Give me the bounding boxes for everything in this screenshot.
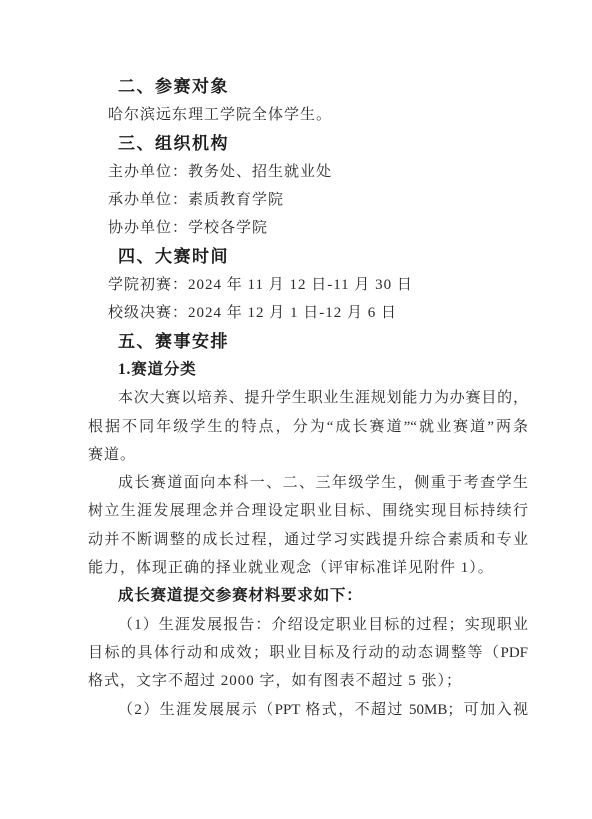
document-text-block: 二、参赛对象哈尔滨远东理工学院全体学生。三、组织机构主办单位：教务处、招生就业处… bbox=[88, 73, 528, 724]
doc-line: 动并不断调整的成长过程，通过学习实践提升综合素质和专业 bbox=[88, 526, 528, 554]
doc-line: 赛道。 bbox=[88, 441, 528, 469]
doc-line: 能力，体现正确的择业就业观念（评审标准详见附件 1）。 bbox=[88, 554, 528, 582]
document-page: 二、参赛对象哈尔滨远东理工学院全体学生。三、组织机构主办单位：教务处、招生就业处… bbox=[0, 0, 592, 819]
doc-line: 协办单位：学校各学院 bbox=[88, 214, 528, 242]
doc-line: 校级决赛：2024 年 12 月 1 日-12 月 6 日 bbox=[88, 299, 528, 327]
doc-line: 哈尔滨远东理工学院全体学生。 bbox=[88, 101, 528, 129]
section-heading: 五、赛事安排 bbox=[88, 328, 528, 356]
doc-line: 根据不同年级学生的特点，分为“成长赛道”“就业赛道”两条 bbox=[88, 413, 528, 441]
sub-heading: 1.赛道分类 bbox=[88, 356, 528, 384]
doc-line: 成长赛道面向本科一、二、三年级学生，侧重于考查学生 bbox=[88, 469, 528, 497]
doc-line: 本次大赛以培养、提升学生职业生涯规划能力为办赛目的， bbox=[88, 384, 528, 412]
doc-line: 主办单位：教务处、招生就业处 bbox=[88, 158, 528, 186]
doc-line: 承办单位：素质教育学院 bbox=[88, 186, 528, 214]
sub-heading: 成长赛道提交参赛材料要求如下： bbox=[88, 582, 528, 610]
section-heading: 二、参赛对象 bbox=[88, 73, 528, 101]
section-heading: 四、大赛时间 bbox=[88, 243, 528, 271]
doc-line: 学院初赛：2024 年 11 月 12 日-11 月 30 日 bbox=[88, 271, 528, 299]
doc-line: 目标的具体行动和成效；职业目标及行动的动态调整等（PDF bbox=[88, 639, 528, 667]
doc-line: 树立生涯发展理念并合理设定职业目标、围绕实现目标持续行 bbox=[88, 497, 528, 525]
doc-line: （1）生涯发展报告：介绍设定职业目标的过程；实现职业 bbox=[88, 611, 528, 639]
doc-line: （2）生涯发展展示（PPT 格式，不超过 50MB；可加入视频）。 bbox=[88, 696, 528, 724]
section-heading: 三、组织机构 bbox=[88, 130, 528, 158]
doc-line: 格式，文字不超过 2000 字，如有图表不超过 5 张）； bbox=[88, 667, 528, 695]
